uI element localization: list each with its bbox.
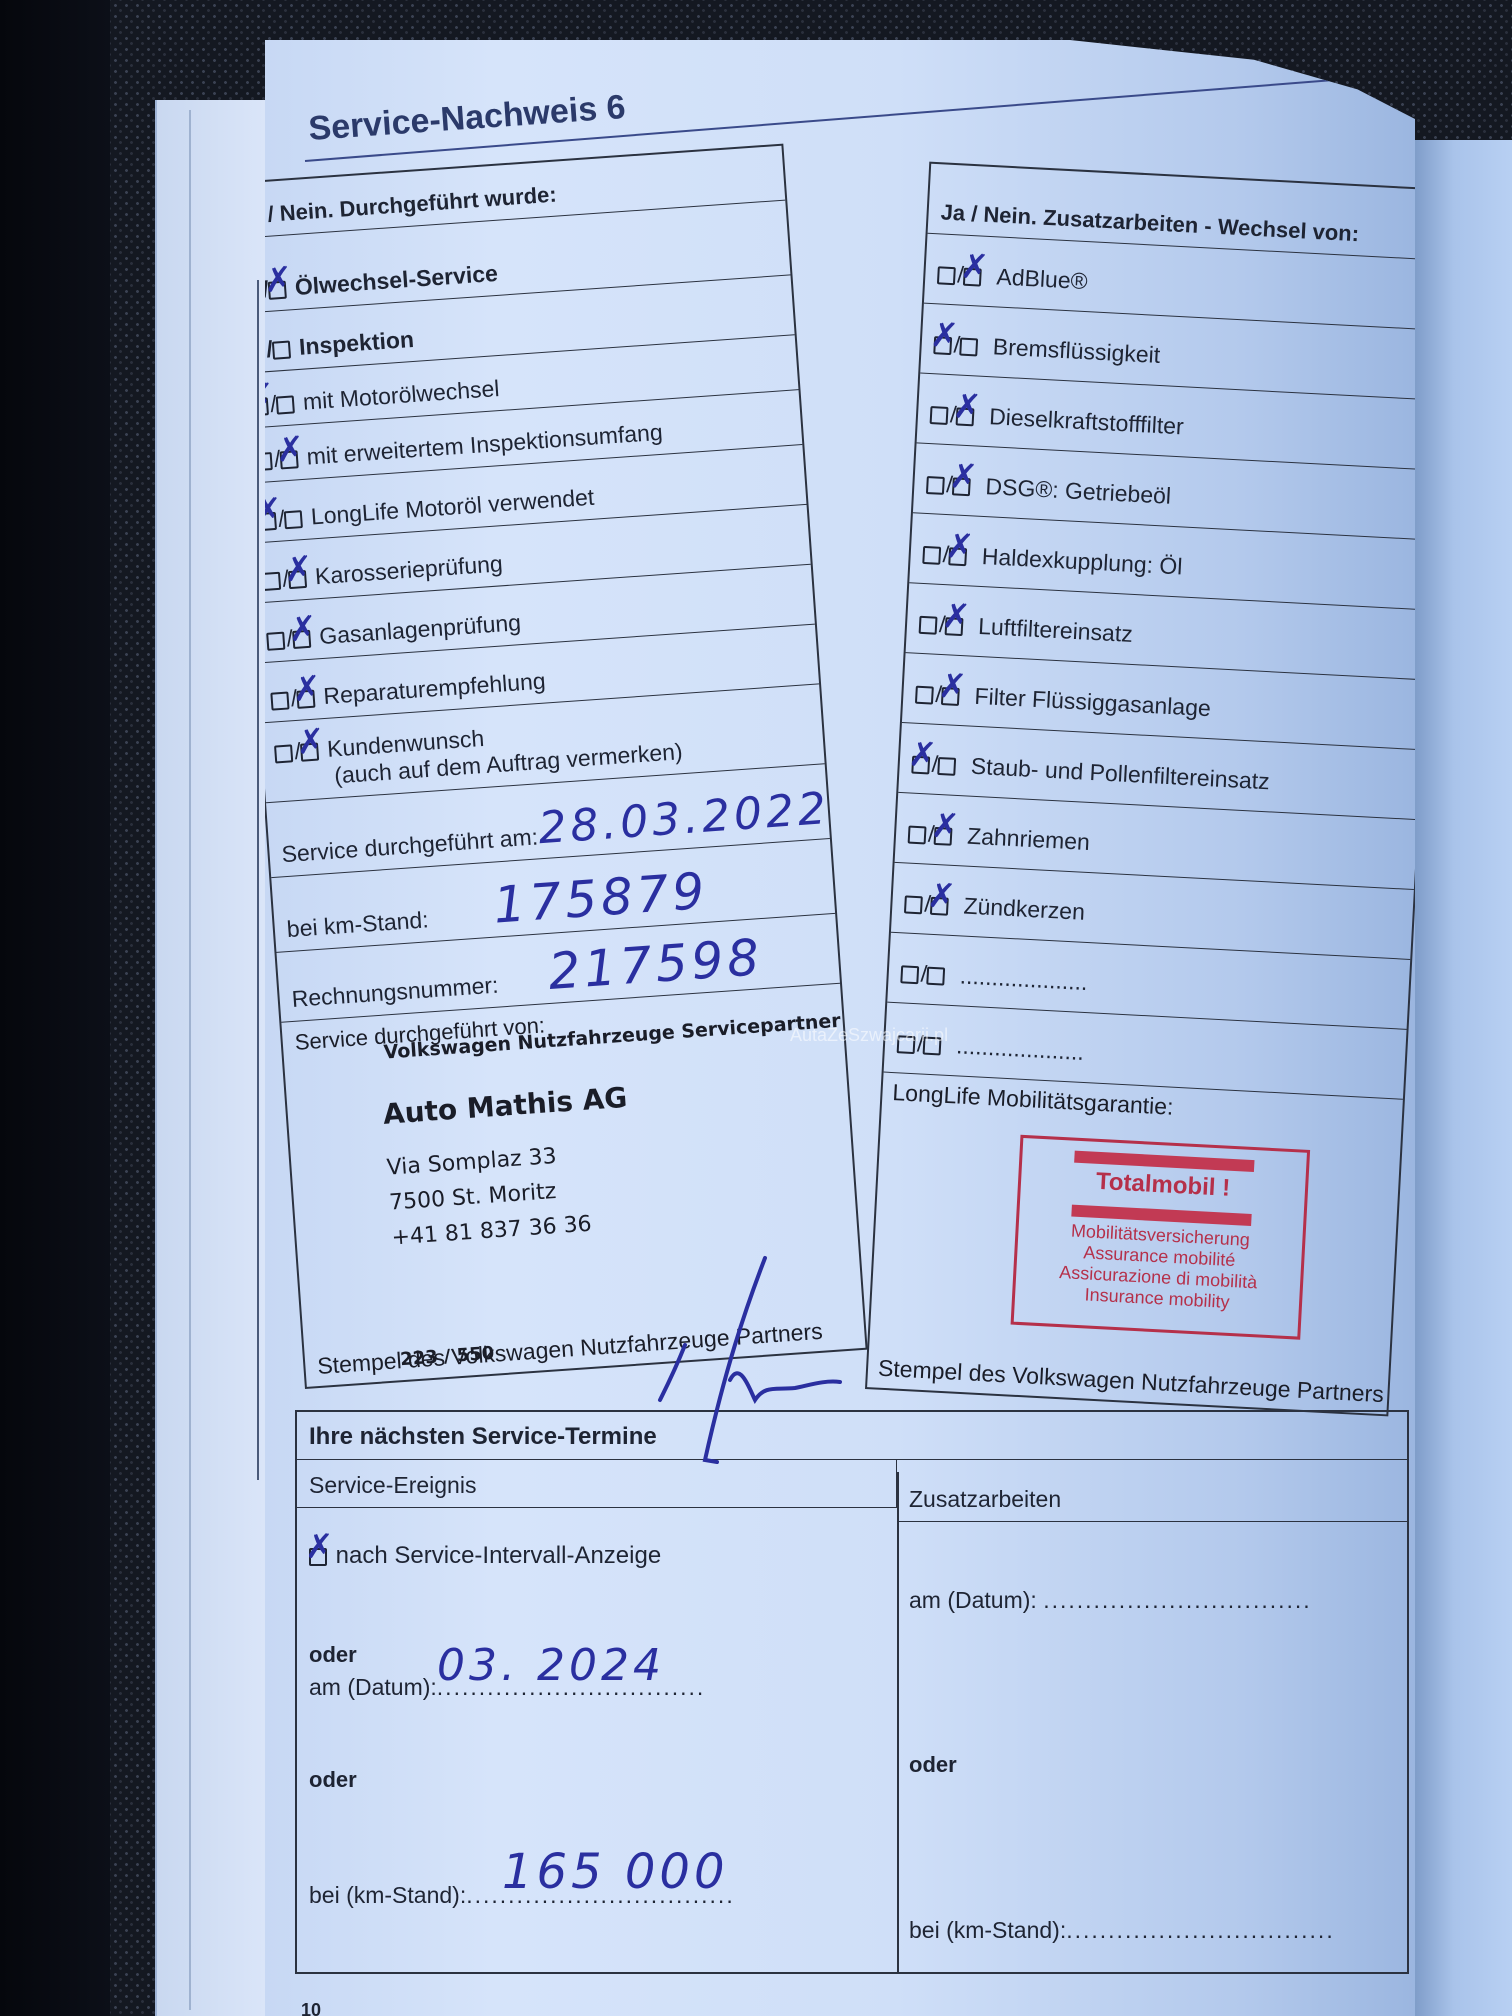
extra-km-field[interactable]: bei (km-Stand):.........................…: [909, 1917, 1335, 1944]
ja-checkbox[interactable]: ✗: [933, 330, 952, 358]
page-number: 10: [301, 2000, 321, 2016]
dotted-line: ................................: [1066, 1917, 1334, 1943]
cross-mark-icon: ✗: [295, 724, 326, 760]
nein-checkbox[interactable]: ✗: [941, 681, 960, 709]
cross-mark-icon: ✗: [952, 389, 982, 424]
totalmobil-stamp: Totalmobil ! MobilitätsversicherungAssur…: [1011, 1135, 1311, 1340]
service-item: /✗ Karosserieprüfung: [265, 550, 504, 594]
item-label: Reparaturempfehlung: [323, 668, 547, 709]
cross-mark-icon: ✗: [287, 611, 318, 647]
cross-mark-icon: ✗: [907, 737, 937, 772]
stamp-phone: +41 81 837 36 36: [391, 1212, 593, 1251]
nein-checkbox[interactable]: ✗: [952, 471, 971, 499]
ja-checkbox[interactable]: [900, 959, 919, 987]
cross-mark-icon: ✗: [291, 671, 322, 707]
cross-mark-icon: ✗: [305, 1530, 334, 1564]
km-label: bei km-Stand:: [286, 906, 429, 943]
page-fold: [189, 110, 191, 2010]
cross-mark-icon: ✗: [265, 262, 294, 298]
item-label: Zahnriemen: [967, 823, 1091, 855]
additional-item: /✗ Dieselkraftstofffilter: [929, 400, 1184, 440]
item-label: mit Motorölwechsel: [302, 375, 500, 415]
nein-checkbox[interactable]: [926, 961, 945, 989]
cross-mark-icon: ✗: [948, 459, 978, 494]
cross-mark-icon: ✗: [941, 599, 971, 634]
ja-checkbox[interactable]: [918, 610, 937, 638]
item-label: Gasanlagenprüfung: [318, 609, 521, 649]
column-divider: [897, 1472, 899, 1972]
dotted-line: ................................: [1043, 1587, 1311, 1613]
mobility-label: LongLife Mobilitätsgarantie:: [892, 1079, 1174, 1121]
nein-checkbox[interactable]: ✗: [930, 891, 949, 919]
item-label: Filter Flüssiggasanlage: [974, 683, 1212, 721]
next-service-title: Ihre nächsten Service-Termine: [309, 1423, 657, 1451]
interval-option[interactable]: ✗ nach Service-Intervall-Anzeige: [309, 1542, 661, 1570]
ja-checkbox[interactable]: [922, 540, 941, 568]
watermark: AutaZeSzwajcarii.pl: [790, 1025, 948, 1046]
cross-mark-icon: ✗: [275, 432, 306, 468]
invoice-value: 217598: [546, 928, 764, 1001]
nein-checkbox[interactable]: ✗: [956, 401, 975, 429]
nein-checkbox[interactable]: ✗: [268, 275, 288, 303]
additional-item: ✗/ Bremsflüssigkeit: [933, 330, 1161, 369]
cross-mark-icon: ✗: [930, 809, 960, 844]
extra-km-label: bei (km-Stand):: [909, 1917, 1066, 1943]
ja-checkbox[interactable]: ✗: [911, 750, 930, 778]
extra-date-field[interactable]: am (Datum): ............................…: [909, 1587, 1312, 1614]
nein-checkbox[interactable]: [959, 332, 978, 360]
cross-mark-icon: ✗: [265, 379, 275, 415]
cross-mark-icon: ✗: [926, 879, 956, 914]
nein-checkbox[interactable]: ✗: [934, 821, 953, 849]
ja-checkbox[interactable]: [265, 566, 281, 594]
nein-checkbox[interactable]: ✗: [292, 624, 312, 652]
next-service-table: Ihre nächsten Service-Termine Service-Er…: [295, 1410, 1409, 1974]
additional-item: ✗/ Staub- und Pollenfiltereinsatz: [911, 750, 1270, 796]
item-label: ....................: [956, 1032, 1085, 1065]
ja-checkbox[interactable]: [265, 446, 273, 474]
nein-checkbox[interactable]: [272, 334, 292, 362]
item-label: ....................: [959, 962, 1088, 995]
or-label-1: oder: [309, 1642, 357, 1668]
km-value: 175879: [492, 862, 710, 935]
item-label: Dieselkraftstofffilter: [989, 403, 1185, 439]
item-label: Karosserieprüfung: [314, 550, 503, 589]
additional-item: /✗ Luftfiltereinsatz: [918, 610, 1133, 648]
additional-item: /✗ Haldexkupplung: Öl: [922, 540, 1183, 581]
totalmobil-title: Totalmobil !: [1021, 1164, 1306, 1207]
stamp-street: Via Somplaz 33: [386, 1144, 557, 1181]
item-label: Luftfiltereinsatz: [978, 613, 1134, 647]
service-record-page: Service-Nachweis 6 Ja / Nein. Durchgefüh…: [265, 40, 1415, 2016]
ja-checkbox[interactable]: [929, 400, 948, 428]
nein-checkbox[interactable]: ✗: [280, 444, 300, 472]
ja-checkbox[interactable]: [915, 680, 934, 708]
additional-item: /✗ Zündkerzen: [904, 889, 1086, 925]
item-label: Staub- und Pollenfiltereinsatz: [970, 753, 1270, 795]
ja-checkbox[interactable]: [907, 820, 926, 848]
stamp-company: Auto Mathis AG: [382, 1081, 628, 1131]
cross-mark-icon: ✗: [265, 493, 283, 529]
ja-checkbox[interactable]: [274, 738, 294, 766]
stamp-city: 7500 St. Moritz: [388, 1179, 557, 1216]
additional-item: /✗ Zahnriemen: [907, 820, 1090, 856]
item-label: AdBlue®: [996, 263, 1088, 294]
signature: [645, 1250, 885, 1480]
event-header: Service-Ereignis: [309, 1472, 476, 1499]
nein-checkbox[interactable]: [284, 504, 304, 532]
invoice-label: Rechnungsnummer:: [291, 972, 499, 1013]
cross-mark-icon: ✗: [937, 669, 967, 704]
ja-checkbox[interactable]: [266, 626, 286, 654]
performed-services-table: Ja / Nein. Durchgeführt wurde:/✗ Ölwechs…: [265, 144, 868, 1389]
cross-mark-icon: ✗: [283, 552, 314, 588]
nein-checkbox[interactable]: ✗: [963, 262, 982, 290]
interval-checkbox[interactable]: ✗: [309, 1542, 327, 1570]
or-label-2: oder: [309, 1767, 357, 1793]
shadow-area: [0, 0, 110, 2016]
mobility-stamp-area: LongLife Mobilitätsgarantie: Totalmobil …: [867, 1073, 1403, 1415]
item-label: Haldexkupplung: Öl: [981, 543, 1183, 579]
nein-checkbox[interactable]: ✗: [296, 684, 316, 712]
additional-item: /✗ Filter Flüssiggasanlage: [915, 680, 1212, 722]
service-item: ✗/ Inspektion: [265, 326, 415, 365]
next-date-value: 03. 2024: [437, 1640, 665, 1691]
item-label: Bremsflüssigkeit: [992, 333, 1161, 368]
additional-item: / ....................: [900, 959, 1088, 996]
next-km-value: 165 000: [502, 1844, 729, 1900]
cross-mark-icon: ✗: [959, 249, 989, 284]
next-date-label: am (Datum):: [309, 1674, 437, 1700]
nein-checkbox[interactable]: ✗: [945, 611, 964, 639]
additional-work-table: Ja / Nein. Zusatzarbeiten - Wechsel von:…: [865, 162, 1415, 1417]
interval-label: nach Service-Intervall-Anzeige: [336, 1542, 662, 1569]
nein-checkbox[interactable]: [276, 389, 296, 417]
stamp-caption: Stempel des Volkswagen Nutzfahrzeuge Par…: [877, 1355, 1384, 1408]
extra-header-row: Zusatzarbeiten: [897, 1472, 1407, 1522]
item-label: Zündkerzen: [963, 893, 1086, 925]
ja-checkbox[interactable]: [270, 685, 290, 713]
nein-checkbox[interactable]: ✗: [300, 737, 320, 765]
extra-date-label: am (Datum):: [909, 1587, 1037, 1613]
next-km-label: bei (km-Stand):: [309, 1882, 466, 1908]
ja-checkbox[interactable]: ✗: [265, 506, 277, 534]
ja-checkbox[interactable]: [926, 470, 945, 498]
nein-checkbox[interactable]: ✗: [948, 541, 967, 569]
item-label: Inspektion: [298, 326, 415, 360]
additional-item: /✗ AdBlue®: [937, 260, 1089, 295]
ja-checkbox[interactable]: ✗: [265, 391, 269, 419]
ja-checkbox[interactable]: [904, 889, 923, 917]
nein-checkbox[interactable]: ✗: [288, 564, 308, 592]
item-label: Ölwechsel-Service: [294, 260, 499, 300]
facing-page: [1415, 140, 1512, 2016]
extra-or-label: oder: [909, 1752, 957, 1778]
cross-mark-icon: ✗: [929, 318, 959, 353]
additional-item: /✗ DSG®: Getriebeöl: [926, 470, 1172, 510]
nein-checkbox[interactable]: [937, 751, 956, 779]
extra-header: Zusatzarbeiten: [909, 1486, 1061, 1513]
item-label: DSG®: Getriebeöl: [985, 473, 1172, 509]
cross-mark-icon: ✗: [945, 529, 975, 564]
ja-checkbox[interactable]: [937, 260, 956, 288]
